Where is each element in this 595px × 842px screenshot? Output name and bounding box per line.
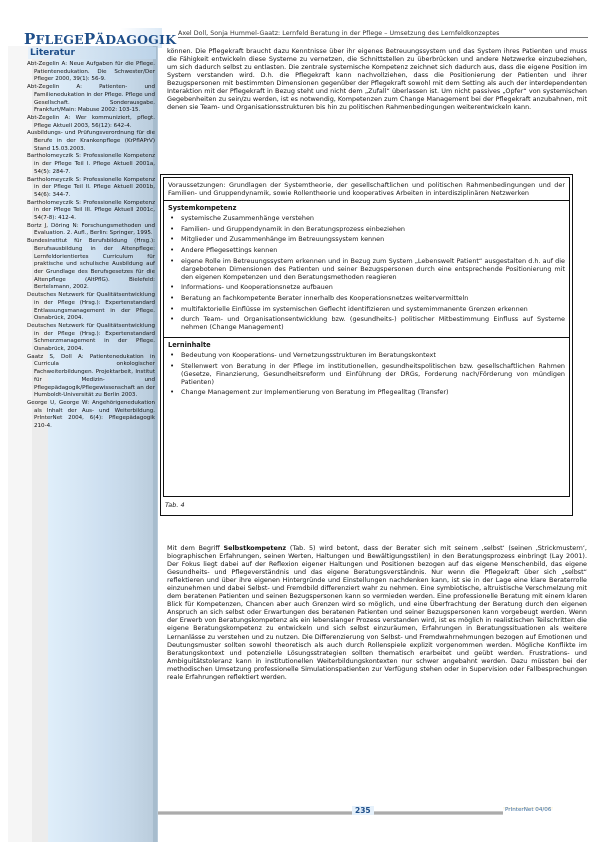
- competence-item: Informations- und Kooperationsnetze aufb…: [168, 283, 565, 291]
- literature-heading: Literatur: [28, 47, 156, 59]
- competence-item: eigene Rolle im Betreuungssystem erkenne…: [168, 257, 565, 281]
- competence-item: multifaktorielle Einflüsse im systemisch…: [168, 305, 565, 313]
- competence-item: Familien- und Gruppendynamik in den Bera…: [168, 225, 565, 233]
- footer-divider: [158, 811, 503, 815]
- running-head: Axel Doll, Sonja Hummel-Gaatz: Lernfeld …: [178, 30, 588, 38]
- reference-item: Bundesinstitut für Berufsbildung (Hrsg.)…: [27, 238, 155, 292]
- table-caption: Tab. 4: [165, 501, 185, 509]
- competence-item: Andere Pflegesettings kennen: [168, 246, 565, 254]
- reference-item: Abt-Zegelin A: Neue Aufgaben für die Pfl…: [27, 61, 155, 84]
- body-paragraph-bottom: Mit dem Begriff Selbstkompetenz (Tab. 5)…: [167, 544, 587, 681]
- reference-item: Abt-Zegelin A: Wer kommuniziert, pflegt.…: [27, 115, 155, 130]
- reference-item: Gaatz S, Doll A: Patientenedukation in C…: [27, 354, 155, 400]
- table-prerequisites-cell: Voraussetzungen: Grundlagen der Systemth…: [164, 178, 569, 201]
- reference-item: Bortz J, Döring N: Forschungsmethoden un…: [27, 223, 155, 238]
- body-paragraph-top: können. Die Pflegekraft braucht dazu Ken…: [167, 47, 587, 111]
- journal-logo: PFLEGEPÄDAGOGIK: [24, 28, 162, 48]
- prerequisites-text: Voraussetzungen: Grundlagen der Systemth…: [168, 181, 565, 197]
- table-4: Voraussetzungen: Grundlagen der Systemth…: [163, 177, 570, 497]
- reference-list: Abt-Zegelin A: Neue Aufgaben für die Pfl…: [27, 61, 155, 431]
- reference-item: Deutsches Netzwerk für Qualitätsentwickl…: [27, 292, 155, 323]
- content-item: Bedeutung von Kooperations- und Vernetzu…: [168, 351, 565, 359]
- content-heading: Lerninhalte: [168, 341, 565, 350]
- selbstkompetenz-term: Selbstkompetenz: [223, 544, 286, 552]
- competence-item: durch Team- und Organisationsentwicklung…: [168, 315, 565, 331]
- content-item: Stellenwert von Beratung in der Pflege i…: [168, 362, 565, 386]
- reference-item: George U, George W: Angehörigenedukation…: [27, 400, 155, 431]
- logo-part-1: FLEGE: [35, 32, 83, 47]
- reference-item: Abt-Zegelin A: Patienten- und Familiened…: [27, 84, 155, 115]
- reference-item: Bartholomeyczik S: Professionelle Kompet…: [27, 200, 155, 223]
- reference-item: Ausbildungs- und Prüfungsverordnung für …: [27, 130, 155, 153]
- content-list: Bedeutung von Kooperations- und Vernetzu…: [168, 351, 565, 396]
- competence-item: Beratung an fachkompetente Berater inner…: [168, 294, 565, 302]
- reference-item: Deutsches Netzwerk für Qualitätsentwickl…: [27, 323, 155, 354]
- competence-list: systemische Zusammenhänge verstehen Fami…: [168, 214, 565, 331]
- paragraph-prefix: Mit dem Begriff: [167, 544, 223, 552]
- competence-item: systemische Zusammenhänge verstehen: [168, 214, 565, 222]
- logo-part-2: ÄDAGOGIK: [95, 32, 176, 47]
- paragraph-rest: (Tab. 5) wird betont, dass der Berater s…: [167, 544, 587, 681]
- reference-item: Bartholomeyczik S: Professionelle Kompet…: [27, 177, 155, 200]
- footer-journal-name: PrInterNet 04/06: [503, 807, 553, 813]
- table-competence-cell: Systemkompetenz systemische Zusammenhäng…: [164, 201, 569, 338]
- reference-item: Bartholomeyczik S: Professionelle Kompet…: [27, 153, 155, 176]
- table-content-cell: Lerninhalte Bedeutung von Kooperations- …: [164, 338, 569, 402]
- competence-item: Mitglieder und Zusammenhänge im Betreuun…: [168, 235, 565, 243]
- page-number: 235: [352, 806, 374, 815]
- content-item: Change Management zur Implementierung vo…: [168, 388, 565, 396]
- competence-heading: Systemkompetenz: [168, 204, 565, 213]
